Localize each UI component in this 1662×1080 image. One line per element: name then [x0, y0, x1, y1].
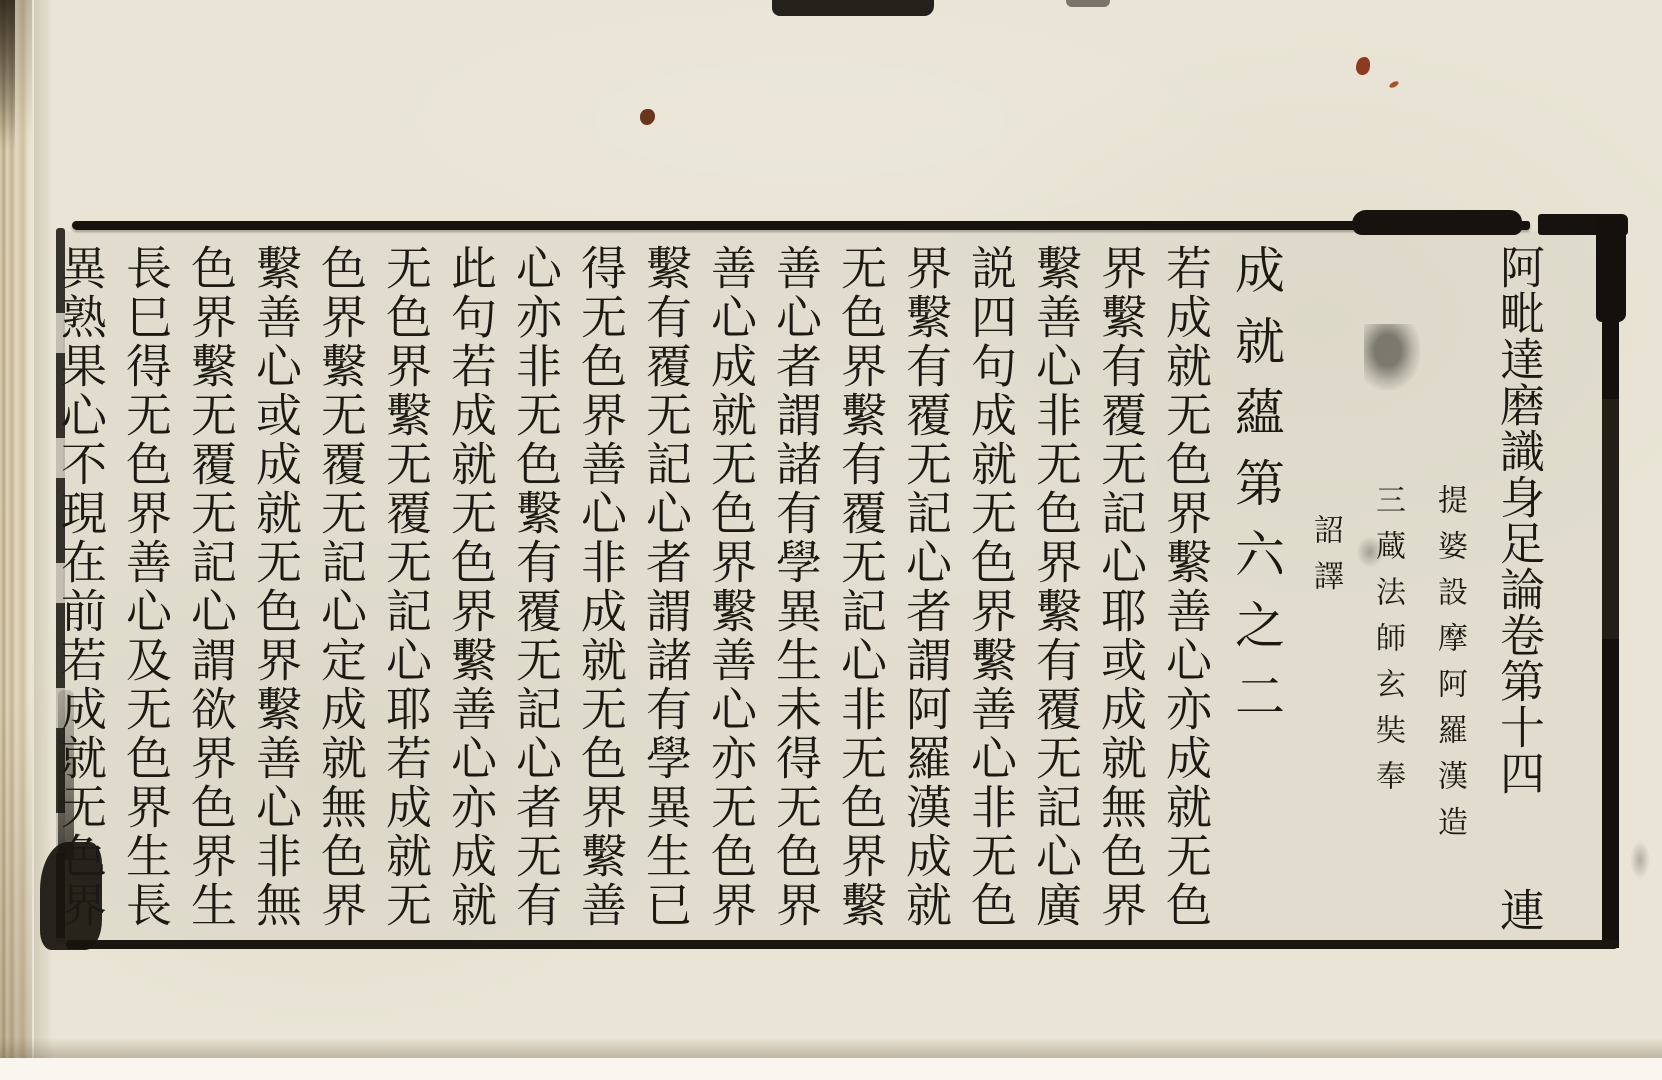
body-column: 无色界繫无覆无記心耶若成就无: [373, 244, 438, 933]
translator-column: 三蔵法師玄奘奉 詔譯: [1294, 244, 1418, 933]
scroll-title: 阿毗達磨識身足論卷第十四: [1480, 244, 1556, 796]
top-left-edge-mark: [0, 0, 15, 150]
body-column: 色界繫无覆无記心定成就無色界: [308, 244, 373, 933]
body-column: 色界繫无覆无記心謂欲界色界生: [178, 244, 243, 933]
red-speck: [1388, 80, 1399, 89]
translator-suffix: 詔譯: [1294, 514, 1356, 606]
body-column: 得无色界善心非成就无色界繫善: [568, 244, 633, 933]
author-line: 提婆設摩阿羅漢造: [1433, 484, 1466, 852]
case-mark: 連: [1480, 887, 1556, 933]
ink-smudge: [1630, 840, 1650, 880]
body-column: 説四句成就无色界繫善心非无色: [958, 244, 1023, 933]
top-edge-ink-speck: [1066, 0, 1110, 7]
body-column: 心亦非无色繫有覆无記心者无有: [503, 244, 568, 933]
title-column: 阿毗達磨識身足論卷第十四 連: [1480, 244, 1556, 933]
red-stain: [1356, 57, 1370, 75]
bottom-edge-strip: [0, 1058, 1662, 1080]
body-column: 此句若成就无色界繫善心亦成就: [438, 244, 503, 933]
body-column: 无色界繫有覆无記心非无色界繫: [828, 244, 893, 933]
body-column: 繫有覆无記心者謂諸有學異生已: [633, 244, 698, 933]
author-column: 提婆設摩阿羅漢造: [1418, 244, 1480, 933]
top-edge-ink-blob: [772, 0, 934, 16]
brown-stain: [640, 109, 655, 125]
body-column: 善心成就无色界繫善心亦无色界: [698, 244, 763, 933]
section-heading: 成就蘊第六之二: [1228, 244, 1284, 741]
body-column: 界繫有覆无記心者謂阿羅漢成就: [893, 244, 958, 933]
bottom-page-shadow: [0, 1038, 1662, 1058]
section-heading-column: 成就蘊第六之二: [1218, 244, 1294, 933]
book-edge-shade: [0, 0, 32, 1080]
body-column: 繫善心或成就无色界繫善心非無: [243, 244, 308, 933]
body-column: 界繫有覆无記心耶或成就無色界: [1088, 244, 1153, 933]
translator-line: 三蔵法師玄奘奉: [1371, 484, 1404, 806]
frame-border-top: [72, 221, 1530, 230]
body-column: 若成就无色界繫善心亦成就无色: [1153, 244, 1218, 933]
body-column: 異熟果心不現在前若成就无色界: [48, 244, 113, 933]
body-column: 繫善心非无色界繫有覆无記心廣: [1023, 244, 1088, 933]
frame-border-bottom: [66, 940, 1618, 949]
text-block: 阿毗達磨識身足論卷第十四 連 提婆設摩阿羅漢造 三蔵法師玄奘奉 詔譯 成就蘊第六…: [63, 231, 1611, 941]
page-scan: 阿毗達磨識身足論卷第十四 連 提婆設摩阿羅漢造 三蔵法師玄奘奉 詔譯 成就蘊第六…: [0, 0, 1662, 1080]
body-column: 善心者謂諸有學異生未得无色界: [763, 244, 828, 933]
body-column: 長巳得无色界善心及无色界生長: [113, 244, 178, 933]
